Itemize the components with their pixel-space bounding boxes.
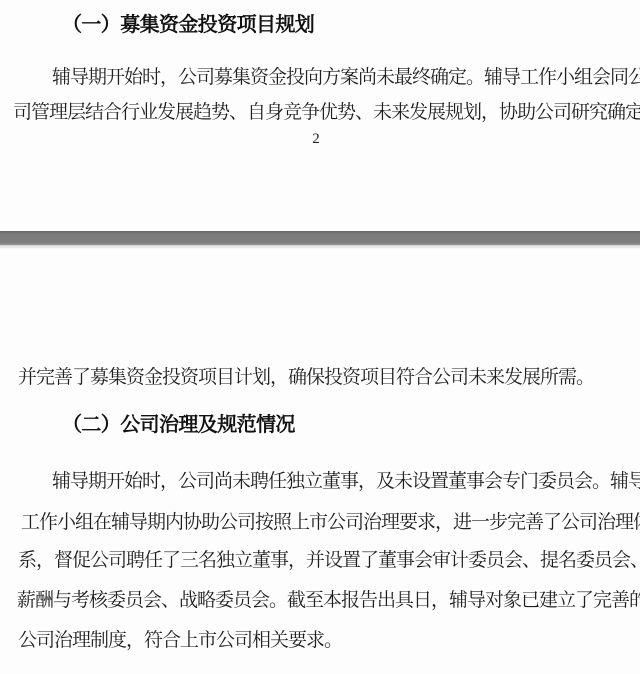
section-heading-1: （一）募集资金投资项目规划	[62, 8, 314, 37]
body-line: 司管理层结合行业发展趋势、自身竞争优势、未来发展规划，协助公司研究确定	[13, 97, 640, 124]
page-number: 2	[0, 131, 632, 148]
body-line: 薪酬与考核委员会、战略委员会。截至本报告出具日，辅导对象已建立了完善的	[17, 585, 640, 612]
page-break-divider	[0, 231, 640, 245]
body-line: 辅导期开始时，公司募集资金投向方案尚未最终确定。辅导工作小组会同公	[52, 62, 640, 89]
document-scan-view: （一）募集资金投资项目规划 辅导期开始时，公司募集资金投向方案尚未最终确定。辅导…	[0, 0, 640, 674]
body-line: 并完善了募集资金投资项目计划，确保投资项目符合公司未来发展所需。	[18, 362, 594, 389]
body-line: 辅导期开始时，公司尚未聘任独立董事，及未设置董事会专门委员会。辅导	[52, 466, 640, 493]
body-line: 系，督促公司聘任了三名独立董事，并设置了董事会审计委员会、提名委员会、	[18, 545, 640, 572]
section-heading-2: （二）公司治理及规范情况	[62, 408, 295, 437]
body-line: 工作小组在辅导期内协助公司按照上市公司治理要求，进一步完善了公司治理体	[21, 507, 640, 534]
body-line: 公司治理制度，符合上市公司相关要求。	[18, 625, 342, 652]
